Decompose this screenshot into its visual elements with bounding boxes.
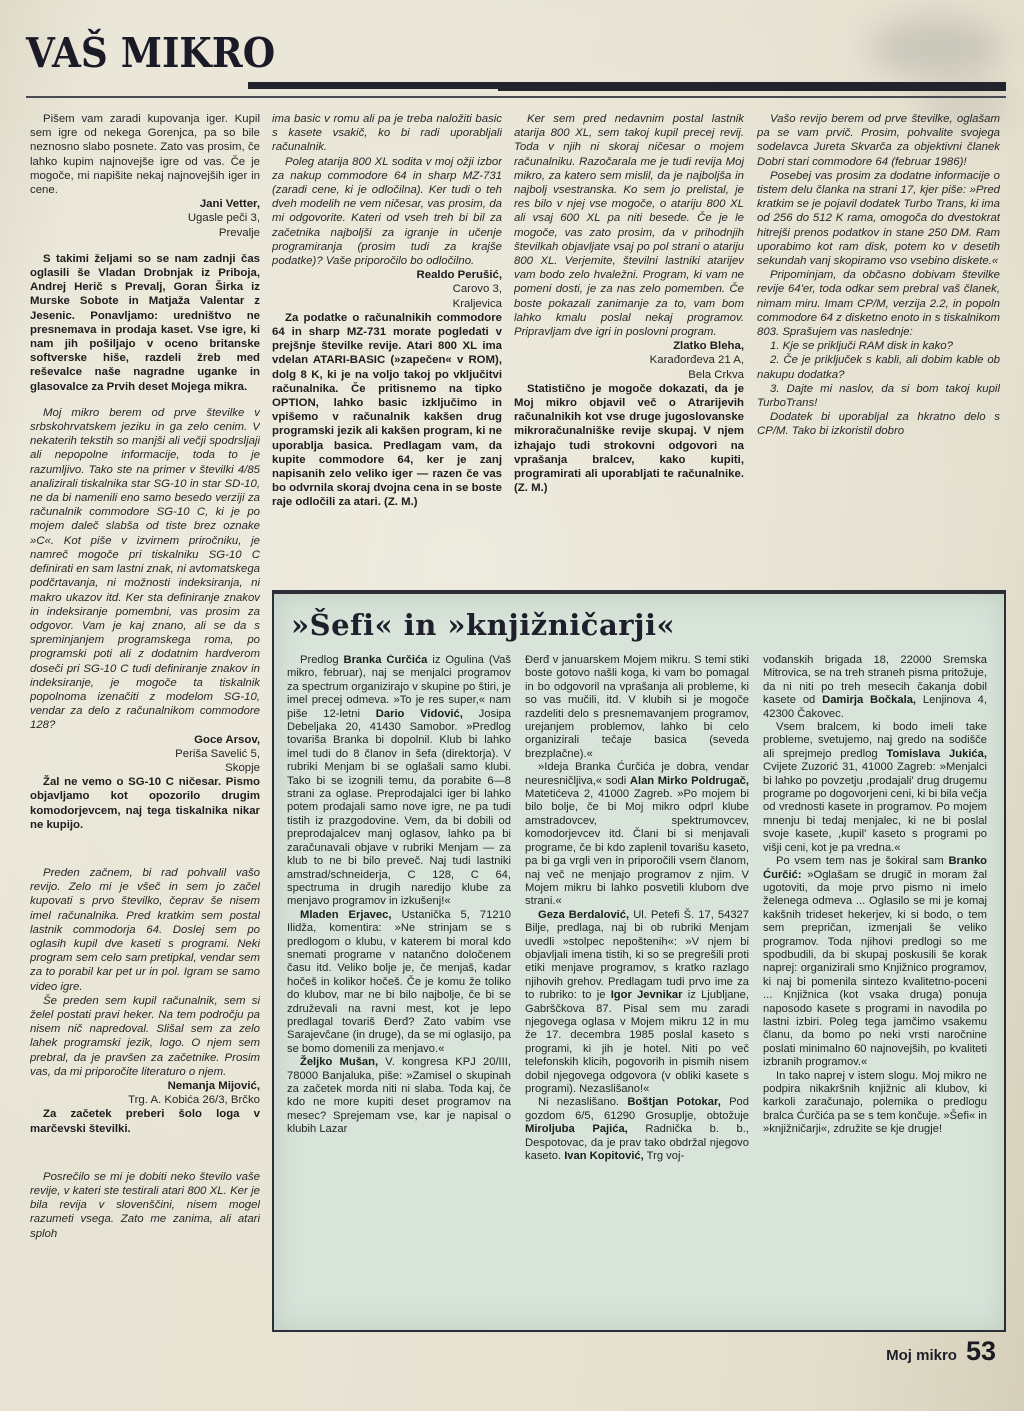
paragraph: Ugasle peči 3, <box>30 211 260 225</box>
paragraph: Poleg atarija 800 XL sodita v moj ožji i… <box>272 155 502 269</box>
paragraph: Ni nezaslišano. Boštjan Potokar, Pod goz… <box>525 1096 749 1163</box>
paragraph: Goce Arsov, <box>30 733 260 747</box>
paragraph: Vsem bralcem, ki bodo imeli take problem… <box>763 721 987 855</box>
paragraph: ima basic v romu ali pa je treba naložit… <box>272 112 502 155</box>
paragraph: Žal ne vemo o SG-10 C ničesar. Pismo obj… <box>30 775 260 832</box>
letters-box-column-2: Đerđ v januarskem Mojem mikru. S temi st… <box>525 654 749 1302</box>
paragraph: Mladen Erjavec, Ustanička 5, 71210 Ilidž… <box>287 909 511 1056</box>
paragraph: Po vsem tem nas je šokiral sam Branko Ću… <box>763 855 987 1070</box>
paragraph: In tako naprej v istem slogu. Moj mikro … <box>763 1070 987 1137</box>
paragraph: Jani Vetter, <box>30 197 260 211</box>
paragraph: Realdo Perušić, <box>272 268 502 282</box>
paragraph: Za začetek preberi šolo loga v marčevski… <box>30 1107 260 1135</box>
paragraph: Posrečilo se mi je dobiti neko število v… <box>30 1170 260 1241</box>
paragraph: Nemanja Mijović, <box>30 1079 260 1093</box>
paragraph: Dodatek bi uporabljal za hkratno delo s … <box>757 410 1000 438</box>
paragraph: Zlatko Bleha, <box>514 339 744 353</box>
paragraph: Za podatke o računalnikih commodore 64 i… <box>272 311 502 510</box>
magazine-page: VAŠ MIKRO Pišem vam zaradi kupovanja ige… <box>0 0 1024 1411</box>
paragraph: Kraljevica <box>272 297 502 311</box>
paragraph: Posebej vas prosim za dodatne informacij… <box>757 169 1000 268</box>
paragraph: Geza Berdalović, Ul. Petefi Š. 17, 54327… <box>525 909 749 1097</box>
paragraph: 3. Dajte mi naslov, da si bom takoj kupi… <box>757 382 1000 410</box>
footer-magazine-name: Moj mikro <box>886 1347 957 1364</box>
paragraph: Trg. A. Kobića 26/3, Brčko <box>30 1093 260 1107</box>
paragraph: Ker sem pred nedavnim postal lastnik ata… <box>514 112 744 339</box>
letters-box-column-1: Predlog Branka Ćurčića iz Ogulina (Vaš m… <box>287 654 511 1302</box>
paragraph: Preden začnem, bi rad pohvalil vašo revi… <box>30 866 260 994</box>
letters-box-column-3: vođanskih brigada 18, 22000 Sremska Mitr… <box>763 654 987 1302</box>
paragraph: Še preden sem kupil računalnik, sem si ž… <box>30 994 260 1079</box>
letters-column-3: Ker sem pred nedavnim postal lastnik ata… <box>514 112 744 584</box>
paragraph: Moj mikro berem od prve številke v srbsk… <box>30 406 260 733</box>
letters-box: »Šefi« in »knjižničarji« Predlog Branka … <box>272 590 1006 1332</box>
header-rule-thin <box>26 96 1006 98</box>
paragraph: 1. Kje se priključi RAM disk in kako? <box>757 339 1000 353</box>
header-rule-heavy-2 <box>498 88 1006 91</box>
letters-column-4: Vašo revijo berem od prve številke, ogla… <box>757 112 1000 584</box>
scan-smudge <box>870 18 1000 78</box>
magazine-logo: VAŠ MIKRO <box>26 28 275 77</box>
letters-column-2: ima basic v romu ali pa je treba naložit… <box>272 112 502 584</box>
paragraph: Periša Savelić 5, <box>30 747 260 761</box>
paragraph: Karađorđeva 21 A, <box>514 353 744 367</box>
paragraph: vođanskih brigada 18, 22000 Sremska Mitr… <box>763 654 987 721</box>
paragraph: Željko Mušan, V. kongresa KPJ 20/III, 78… <box>287 1056 511 1136</box>
paragraph: Pišem vam zaradi kupovanja iger. Kupil s… <box>30 112 260 197</box>
paragraph: Carovo 3, <box>272 282 502 296</box>
paragraph: Predlog Branka Ćurčića iz Ogulina (Vaš m… <box>287 654 511 909</box>
letters-box-columns: Predlog Branka Ćurčića iz Ogulina (Vaš m… <box>287 654 991 1302</box>
paragraph: Statistično je mogoče dokazati, da je Mo… <box>514 382 744 496</box>
paragraph: 2. Če je priključek s kabli, ali dobim k… <box>757 353 1000 381</box>
paragraph: S takimi željami so se nam zadnji čas og… <box>30 252 260 394</box>
paragraph: Vašo revijo berem od prve številke, ogla… <box>757 112 1000 169</box>
letters-box-title: »Šefi« in »knjižničarji« <box>291 608 991 642</box>
paragraph: Bela Crkva <box>514 368 744 382</box>
paragraph: Pripominjam, da občasno dobivam številke… <box>757 268 1000 339</box>
paragraph: Prevalje <box>30 226 260 240</box>
paragraph: Skopje <box>30 761 260 775</box>
paragraph: »Ideja Branka Ćurčića je dobra, vendar n… <box>525 761 749 908</box>
paragraph: Đerđ v januarskem Mojem mikru. S temi st… <box>525 654 749 761</box>
page-footer: Moj mikro 53 <box>886 1336 996 1367</box>
footer-page-number: 53 <box>966 1336 996 1367</box>
letters-column-1: Pišem vam zaradi kupovanja iger. Kupil s… <box>30 112 260 1342</box>
